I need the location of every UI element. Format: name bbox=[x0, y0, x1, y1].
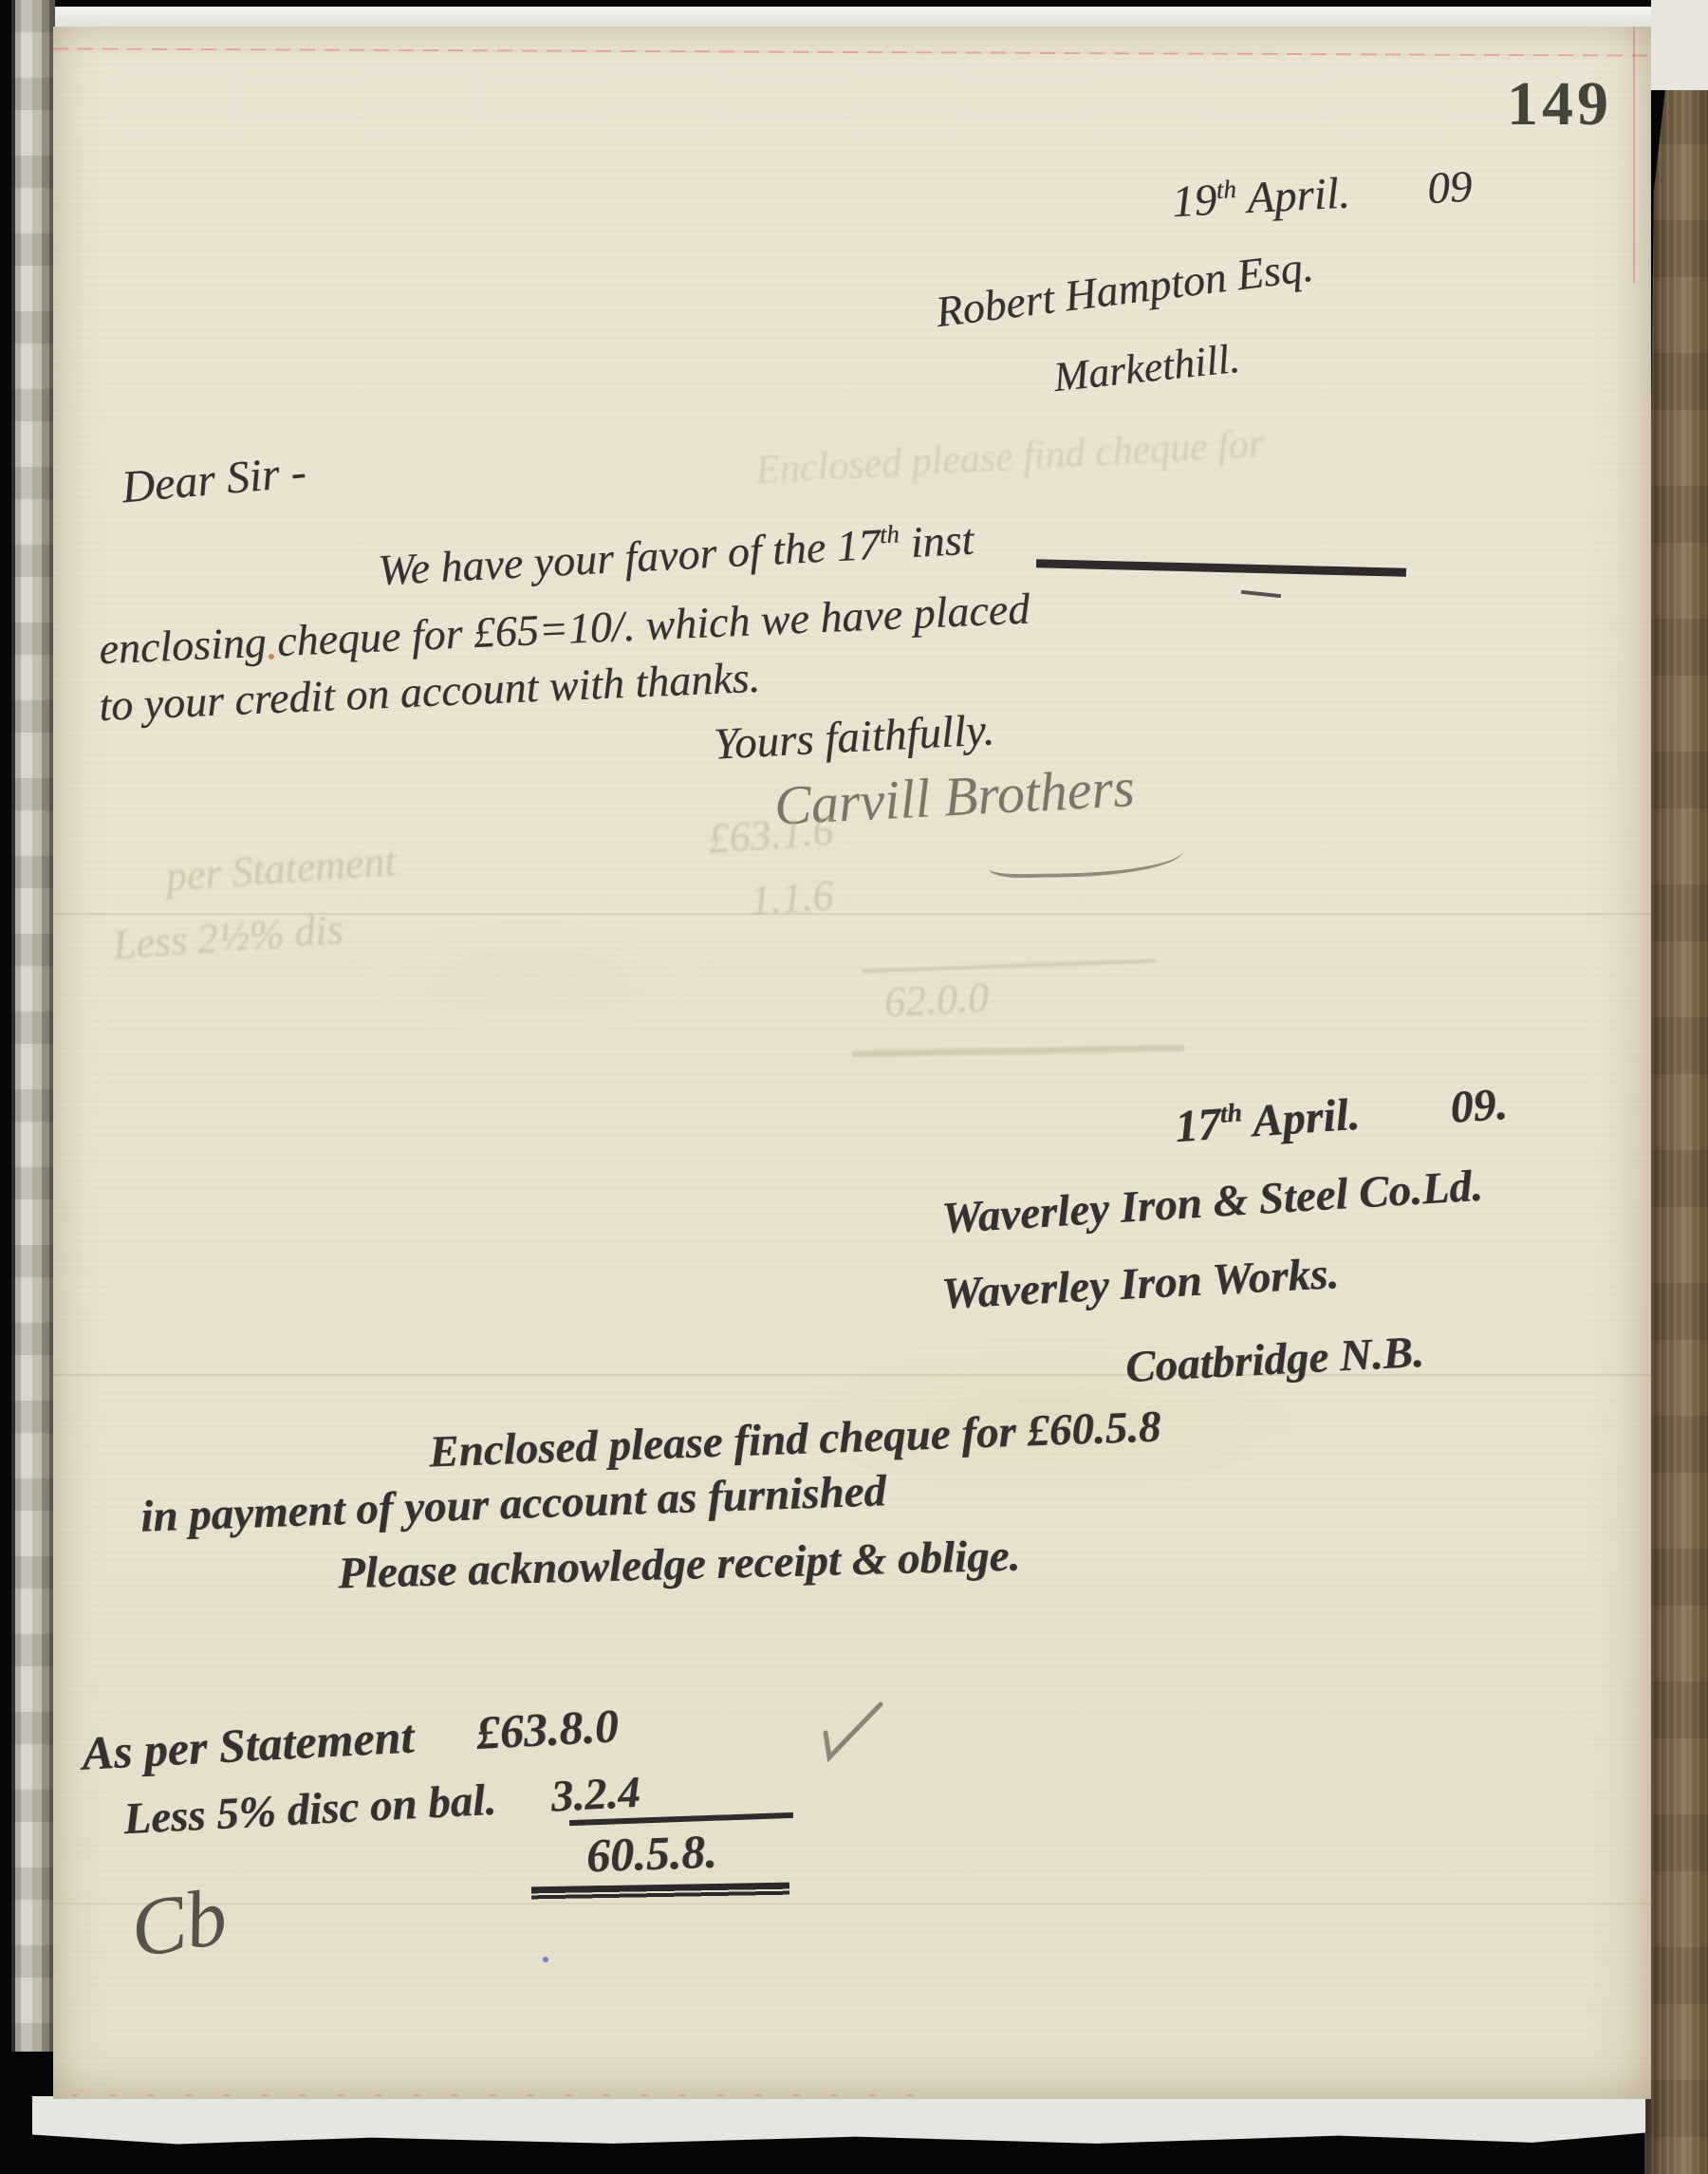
bleedthrough-rule bbox=[852, 1045, 1184, 1057]
letter2-address-line1: Waverley Iron Works. bbox=[940, 1248, 1340, 1320]
letter2-address-line2: Coatbridge N.B. bbox=[1124, 1327, 1425, 1393]
letter1-body1-pre: We have your favor of the bbox=[377, 522, 838, 594]
letter1-date: 19th April.09 bbox=[1171, 161, 1474, 228]
letter1-date-ordinal: th bbox=[1216, 175, 1237, 204]
calc-statement-label: As per Statement bbox=[81, 1710, 415, 1780]
red-margin-rule-top bbox=[53, 47, 1651, 56]
letter1-date-month: April. bbox=[1235, 169, 1351, 224]
letter1-body-line1: We have your favor of the 17th inst bbox=[377, 514, 975, 596]
letter2-date-day: 17 bbox=[1174, 1099, 1223, 1152]
bleedthrough-text: Enclosed please find cheque for bbox=[754, 421, 1265, 493]
letter1-recipient-address: Markethill. bbox=[1051, 334, 1242, 401]
letter2-date-month: April. bbox=[1241, 1089, 1362, 1147]
letterbook-page: 149 19th April.09 Robert Hampton Esq. Ma… bbox=[53, 27, 1651, 2099]
ink-speck bbox=[543, 1957, 548, 1962]
bleedthrough-value: £63.1.6 bbox=[707, 807, 835, 862]
paper-crease bbox=[53, 1903, 1651, 1905]
signature-flourish bbox=[989, 843, 1184, 879]
letter2-body-line3: Please acknowledge receipt & oblige. bbox=[337, 1531, 1020, 1600]
letter2-body-line1: Enclosed please find cheque for £60.5.8 bbox=[428, 1402, 1161, 1478]
ink-dash-line bbox=[1036, 559, 1406, 577]
letter1-date-year: 09 bbox=[1426, 162, 1474, 214]
letter1-date-day: 19 bbox=[1171, 176, 1218, 227]
clerk-monogram: Cb bbox=[124, 1868, 233, 1977]
letter1-body1-day: 17 bbox=[835, 520, 882, 570]
red-margin-rule-right bbox=[1633, 27, 1635, 283]
pencil-checkmark-icon bbox=[812, 1689, 898, 1775]
red-margin-rule-bottom bbox=[72, 2094, 926, 2096]
ink-dash-line-small bbox=[1241, 590, 1281, 598]
calc-discount-line: Less 5% disc on bal.3.2.4 bbox=[122, 1767, 641, 1845]
scanned-letterbook-page: 149 19th April.09 Robert Hampton Esq. Ma… bbox=[0, 0, 1708, 2174]
letter1-salutation: Dear Sir - bbox=[120, 446, 308, 514]
calc-discount-label: Less 5% disc on bal. bbox=[122, 1775, 497, 1844]
letter2-body-line2: in payment of your account as furnished bbox=[139, 1465, 886, 1542]
page-number: 149 bbox=[1507, 68, 1612, 140]
bleedthrough-text: 62.0.0 bbox=[883, 973, 991, 1027]
letter1-body1-post: inst bbox=[899, 515, 975, 567]
bleedthrough-rule bbox=[862, 959, 1156, 974]
letter2-date-ordinal: th bbox=[1219, 1098, 1243, 1129]
calc-statement-line: As per Statement£63.8.0 bbox=[81, 1698, 620, 1781]
letter1-body1-ordinal: th bbox=[879, 519, 900, 548]
top-right-paper-corner bbox=[1651, 0, 1708, 90]
calc-total: 60.5.8. bbox=[585, 1824, 717, 1884]
bleedthrough-label: Less 2½% dis bbox=[111, 906, 344, 969]
letter2-company: Waverley Iron & Steel Co.Ld. bbox=[940, 1161, 1484, 1245]
book-fore-edge-right bbox=[1643, 87, 1708, 2174]
letter1-closing: Yours faithfully. bbox=[713, 704, 995, 770]
bleedthrough-label: per Statement bbox=[164, 838, 398, 901]
letter2-date: 17th April.09. bbox=[1174, 1078, 1510, 1153]
calc-statement-value: £63.8.0 bbox=[474, 1699, 620, 1759]
bottom-page-edge bbox=[32, 2096, 1645, 2146]
calc-discount-value: 3.2.4 bbox=[549, 1768, 641, 1822]
letter1-recipient-name: Robert Hampton Esq. bbox=[933, 241, 1315, 337]
book-binding-left bbox=[0, 0, 55, 2052]
total-double-rule bbox=[531, 1883, 789, 1901]
letter2-date-year: 09. bbox=[1449, 1079, 1510, 1133]
bleedthrough-value: 1.1.6 bbox=[749, 872, 835, 924]
